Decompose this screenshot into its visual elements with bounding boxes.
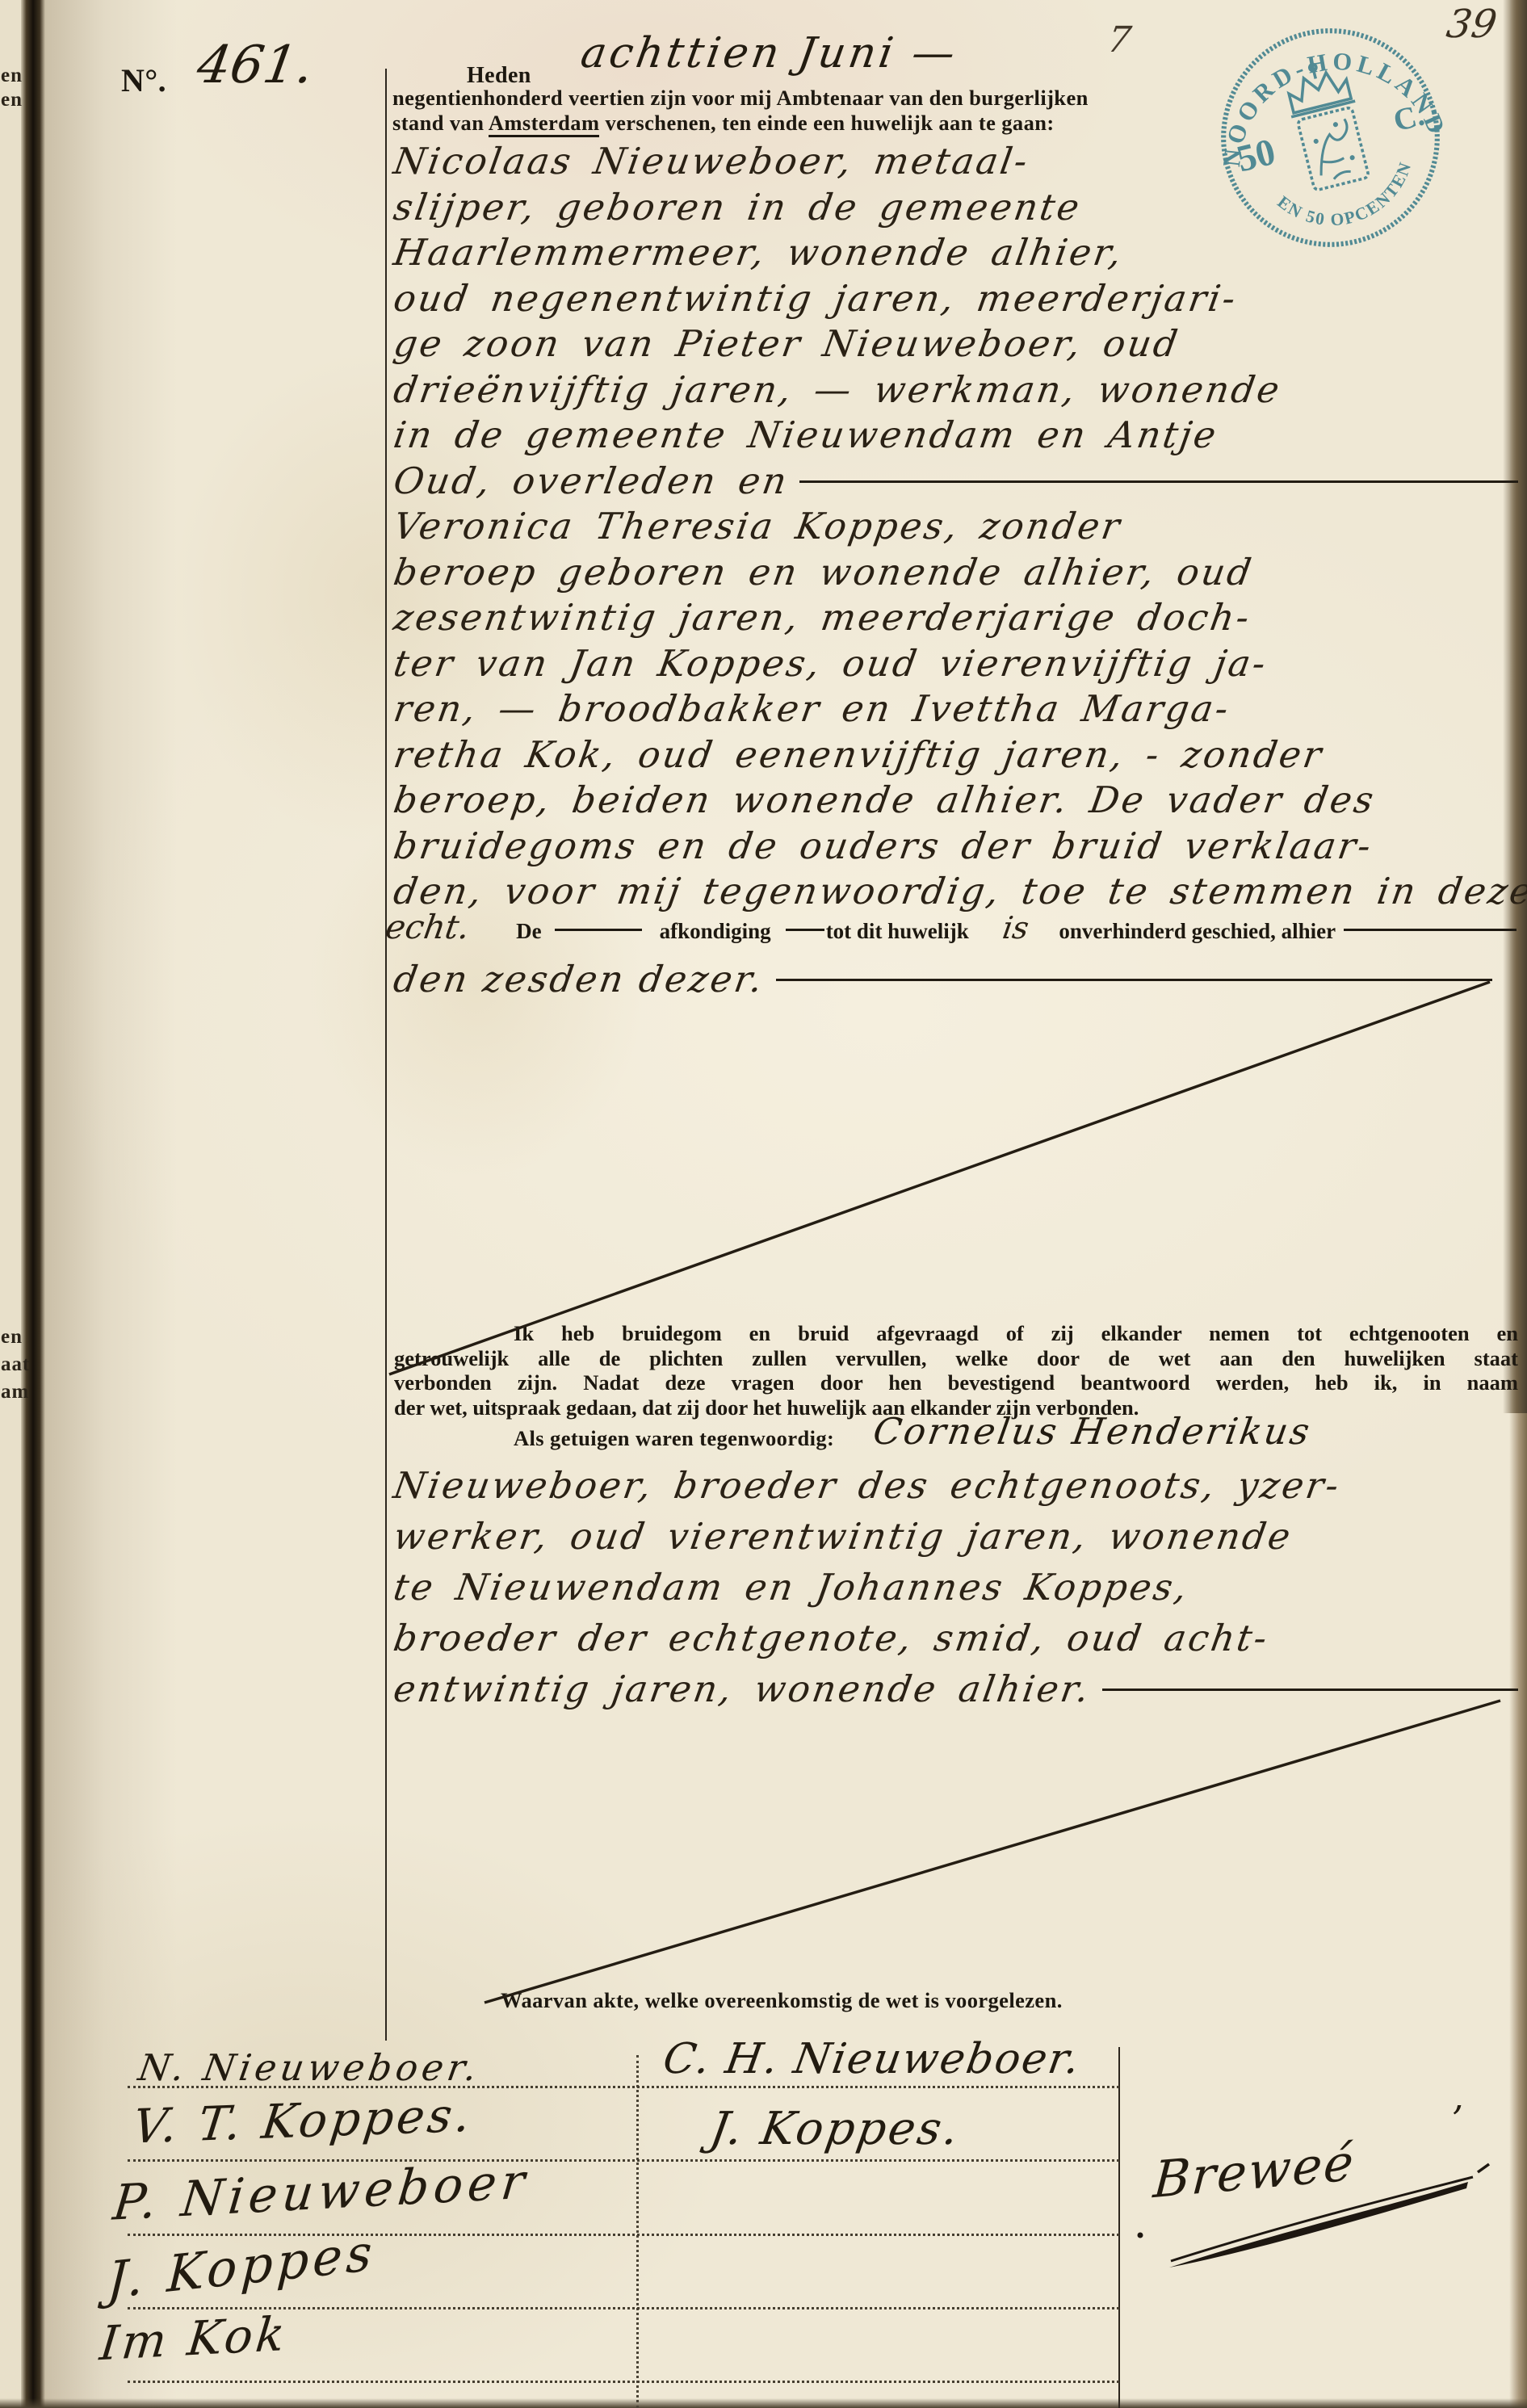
vows-line: getrouwelijk alle de plichten zullen ver…	[394, 1346, 1518, 1371]
afkondiging-row: echt. De afkondiging tot dit huwelijk is…	[386, 908, 1517, 946]
body-line: Nicolaas Nieuweboer, metaal-	[394, 139, 1518, 185]
printed-intro-line3: stand van Amsterdam verschenen, ten eind…	[392, 111, 1055, 136]
body-line: bruidegoms en de ouders der bruid verkla…	[394, 824, 1518, 870]
signature-father-groom: P. Nieuweboer	[112, 2154, 531, 2232]
column-divider-line	[385, 69, 387, 2041]
official-signature-dot	[1138, 2233, 1143, 2238]
handwritten-date: achttien Juni —	[581, 29, 958, 78]
body-line: in de gemeente Nieuwendam en Antje	[394, 413, 1518, 459]
signature-official: Breweé	[1151, 2133, 1357, 2209]
signature-grid-dotted-vertical	[636, 2055, 639, 2408]
marriage-certificate-scan: en en en aat am N°. 461. 39 7 NOORD-HOLL…	[0, 0, 1527, 2408]
signature-official-apostrophe: ʼ	[1450, 2098, 1462, 2142]
witness-line: Nieuweboer, broeder des echtgenoots, yze…	[394, 1460, 1518, 1511]
act-number-label: N°.	[121, 61, 166, 99]
margin-annotation: 7	[1108, 19, 1131, 61]
signature-dotted-line	[128, 2159, 1119, 2162]
fill-rule	[776, 979, 1492, 981]
blank-space-strike-line-1	[389, 982, 1490, 1374]
handwritten-echt: echt.	[386, 908, 469, 946]
handwritten-body: Nicolaas Nieuweboer, metaal- slijper, ge…	[394, 139, 1518, 915]
signature-dotted-line	[128, 2381, 1119, 2383]
vows-line: Ik heb bruidegom en bruid afgevraagd of …	[394, 1321, 1518, 1346]
body-line: zesentwintig jaren, meerderjarige doch-	[394, 595, 1518, 641]
body-line: retha Kok, oud eenenvijftig jaren, - zon…	[394, 732, 1518, 778]
book-binding	[21, 0, 45, 2408]
signature-witness-2: J. Koppes.	[711, 2103, 960, 2155]
dash-rule	[1344, 929, 1517, 931]
underlined-city: Amsterdam	[489, 111, 600, 137]
body-line: Haarlemmermeer, wonende alhier,	[394, 230, 1518, 276]
vows-paragraph: Ik heb bruidegom en bruid afgevraagd of …	[394, 1321, 1518, 1420]
signature-witness-1: C. H. Nieuweboer.	[664, 2035, 1080, 2083]
margin-fragment: en	[1, 89, 23, 111]
handwritten-witness-opening: Cornelus Henderikus	[874, 1410, 1311, 1453]
body-line: beroep, beiden wonende alhier. De vader …	[394, 778, 1518, 824]
witness-line: te Nieuwendam en Johannes Koppes,	[394, 1562, 1518, 1613]
printed-tot-dit-huwelijk: tot dit huwelijk	[826, 919, 969, 944]
body-line: drieënvijftig jaren, — werkman, wonende	[394, 367, 1518, 413]
margin-fragment: en	[1, 65, 23, 87]
handwritten-is: is	[1003, 910, 1029, 946]
folio-number: 39	[1447, 2, 1496, 47]
margin-fragment: aat	[1, 1353, 30, 1376]
margin-fragment: en	[1, 1326, 23, 1349]
witness-line: werker, oud vierentwintig jaren, wonende	[394, 1511, 1518, 1562]
printed-witness-label: Als getuigen waren tegenwoordig:	[514, 1426, 834, 1451]
printed-afkondiging: afkondiging	[660, 919, 771, 944]
vows-line: verbonden zijn. Nadat deze vragen door h…	[394, 1370, 1518, 1395]
fill-rule	[799, 480, 1518, 483]
body-line: slijper, geboren in de gemeente	[394, 185, 1518, 231]
witness-line: entwintig jaren, wonende alhier.	[394, 1663, 1518, 1714]
witness-line: broeder der echtgenote, smid, oud acht-	[394, 1613, 1518, 1663]
body-line: Oud, overleden en	[394, 459, 1518, 505]
body-line: ter van Jan Koppes, oud vierenvijftig ja…	[394, 641, 1518, 687]
printed-onverhinderd: onverhinderd geschied, alhier	[1059, 919, 1336, 944]
signature-bride: V. T. Koppes.	[132, 2087, 474, 2154]
body-line: Veronica Theresia Koppes, zonder	[394, 504, 1518, 550]
handwritten-zesden: den zesden dezer.	[394, 958, 765, 1001]
fill-rule	[1102, 1689, 1518, 1691]
signature-groom: N. Nieuweboer.	[139, 2046, 480, 2089]
facing-page-sliver	[0, 0, 23, 2408]
zesden-row: den zesden dezer.	[394, 958, 1492, 1001]
body-line: ren, — broodbakker en Ivettha Marga-	[394, 686, 1518, 732]
handwritten-witnesses: Nieuweboer, broeder des echtgenoots, yze…	[394, 1460, 1518, 1714]
act-number-value: 461.	[198, 36, 313, 95]
body-line: oud negenentwintig jaren, meerderjari-	[394, 276, 1518, 322]
signature-grid-vertical-line	[1118, 2047, 1120, 2408]
page-bottom-edge	[0, 2398, 1527, 2408]
official-signature-tick	[1478, 2164, 1489, 2172]
body-line: ge zoon van Pieter Nieuweboer, oud	[394, 321, 1518, 367]
printed-closing-line: Waarvan akte, welke overeenkomstig de we…	[501, 1988, 1063, 2013]
printed-intro-line2: negentienhonderd veertien zijn voor mij …	[392, 86, 1089, 111]
body-line: beroep geboren en wonende alhier, oud	[394, 550, 1518, 596]
signature-mother-bride: Im Kok	[99, 2306, 288, 2371]
blank-space-strike-line-2	[485, 1701, 1500, 2003]
margin-fragment: am	[1, 1381, 29, 1403]
dash-rule	[786, 929, 824, 931]
printed-de: De	[516, 919, 541, 944]
dash-rule	[555, 929, 642, 931]
